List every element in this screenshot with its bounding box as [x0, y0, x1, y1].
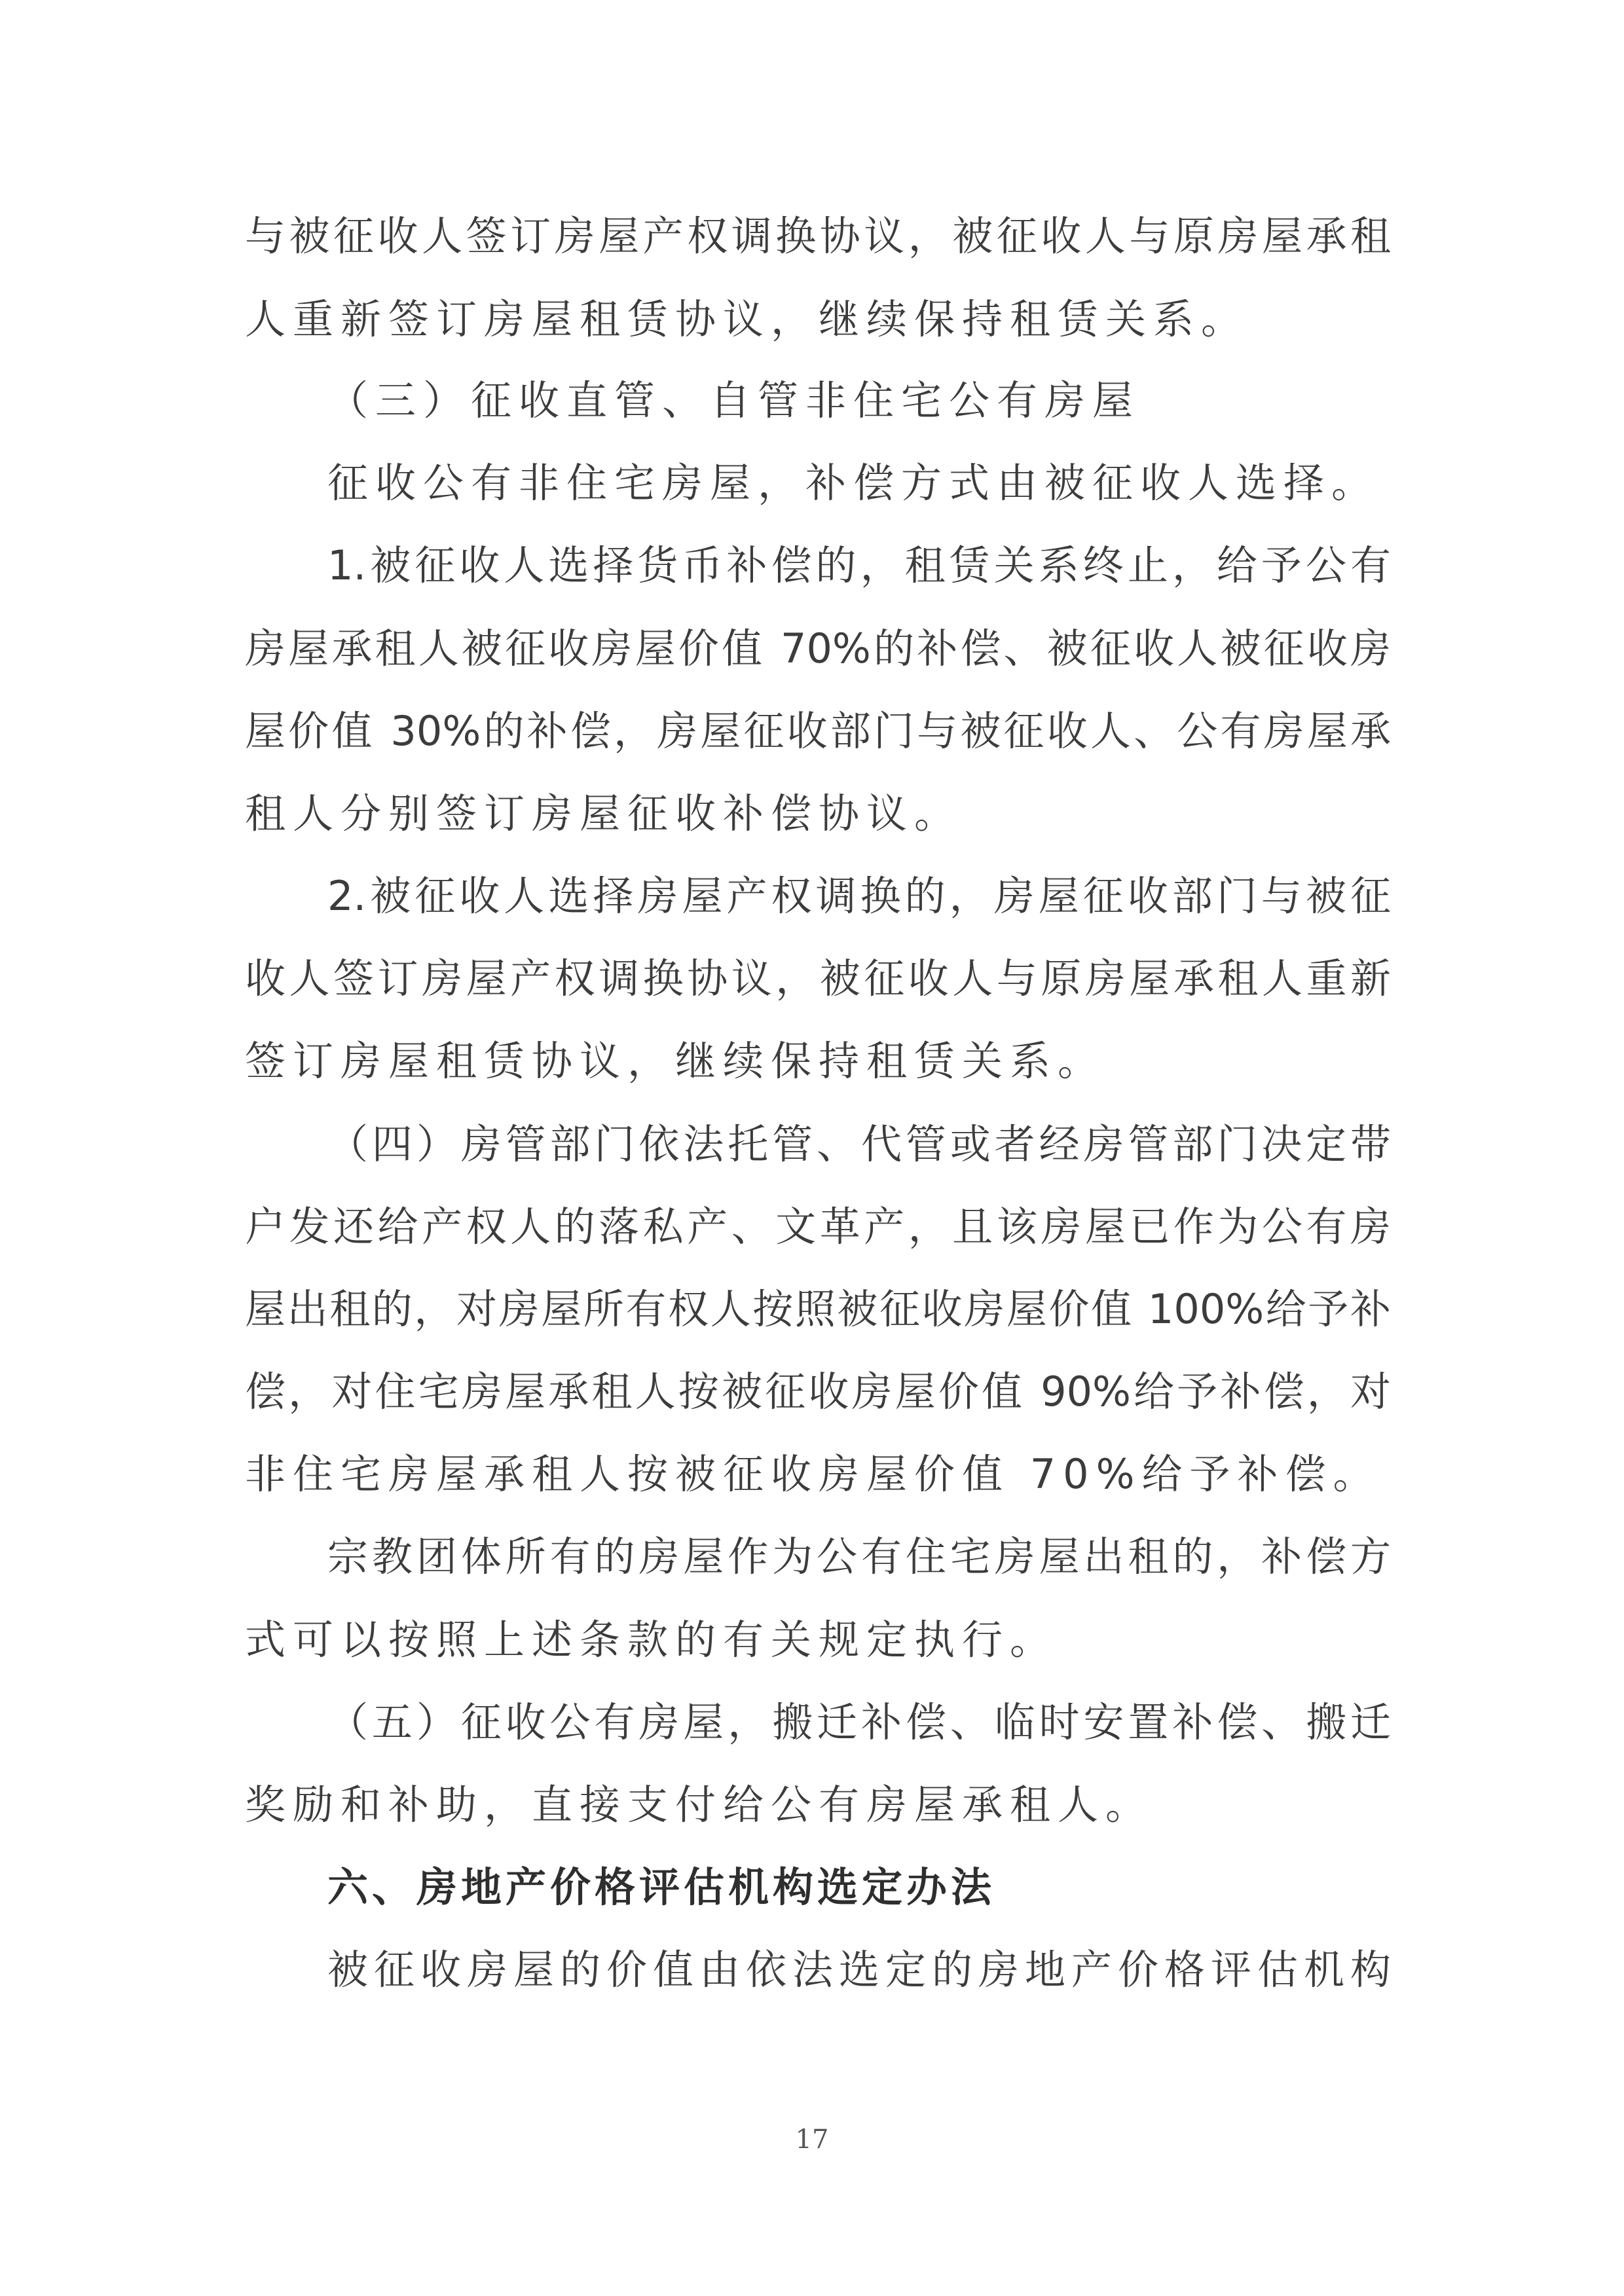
section-4-line: 偿，对住宅房屋承租人按被征收房屋价值 90%给予补偿，对 [245, 1372, 1391, 1412]
list-item-1-line: 房屋承租人被征收房屋价值 70%的补偿、被征收人被征收房 [245, 629, 1391, 669]
body-text-line: 征收公有非住宅房屋，补偿方式由被征收人选择。 [327, 463, 1379, 503]
section-subheading-3: （三）征收直管、自管非住宅公有房屋 [327, 380, 1140, 421]
body-text-line: 人重新签订房屋租赁协议，继续保持租赁关系。 [245, 299, 1249, 340]
body-text-line: 被征收房屋的价值由依法选定的房地产价格评估机构 [327, 1950, 1391, 1990]
section-4-line: 屋出租的，对房屋所有权人按照被征收房屋价值 100%给予补 [245, 1289, 1391, 1330]
document-page: 与被征收人签订房屋产权调换协议，被征收人与原房屋承租 人重新签订房屋租赁协议，继… [0, 0, 1624, 2296]
body-text-line: 与被征收人签订房屋产权调换协议，被征收人与原房屋承租 [245, 216, 1391, 257]
page-number: 17 [0, 2124, 1624, 2155]
list-item-2-line: 收人签订房屋产权调换协议，被征收人与原房屋承租人重新 [245, 958, 1391, 999]
section-5-line: （五）征收公有房屋，搬迁补偿、临时安置补偿、搬迁 [327, 1702, 1391, 1743]
list-item-2-line: 签订房屋租赁协议，继续保持租赁关系。 [245, 1041, 1105, 1082]
section-4-line: （四）房管部门依法托管、代管或者经房管部门决定带 [327, 1124, 1391, 1165]
religious-property-line: 宗教团体所有的房屋作为公有住宅房屋出租的，补偿方 [327, 1537, 1391, 1577]
list-item-1-line: 租人分别签订房屋征收补偿协议。 [245, 793, 962, 834]
list-item-1-line: 屋价值 30%的补偿，房屋征收部门与被征收人、公有房屋承 [245, 711, 1391, 752]
list-item-2-line: 2.被征收人选择房屋产权调换的，房屋征收部门与被征 [327, 876, 1391, 917]
religious-property-line: 式可以按照上述条款的有关规定执行。 [245, 1620, 1058, 1660]
section-4-line: 户发还给产权人的落私产、文革产，且该房屋已作为公有房 [245, 1207, 1391, 1247]
list-item-1-line: 1.被征收人选择货币补偿的，租赁关系终止，给予公有 [327, 545, 1391, 586]
section-4-line: 非住宅房屋承租人按被征收房屋价值 70%给予补偿。 [245, 1454, 1381, 1495]
section-heading-6: 六、房地产价格评估机构选定办法 [327, 1867, 995, 1908]
section-5-line: 奖励和补助，直接支付给公有房屋承租人。 [245, 1785, 1153, 1825]
